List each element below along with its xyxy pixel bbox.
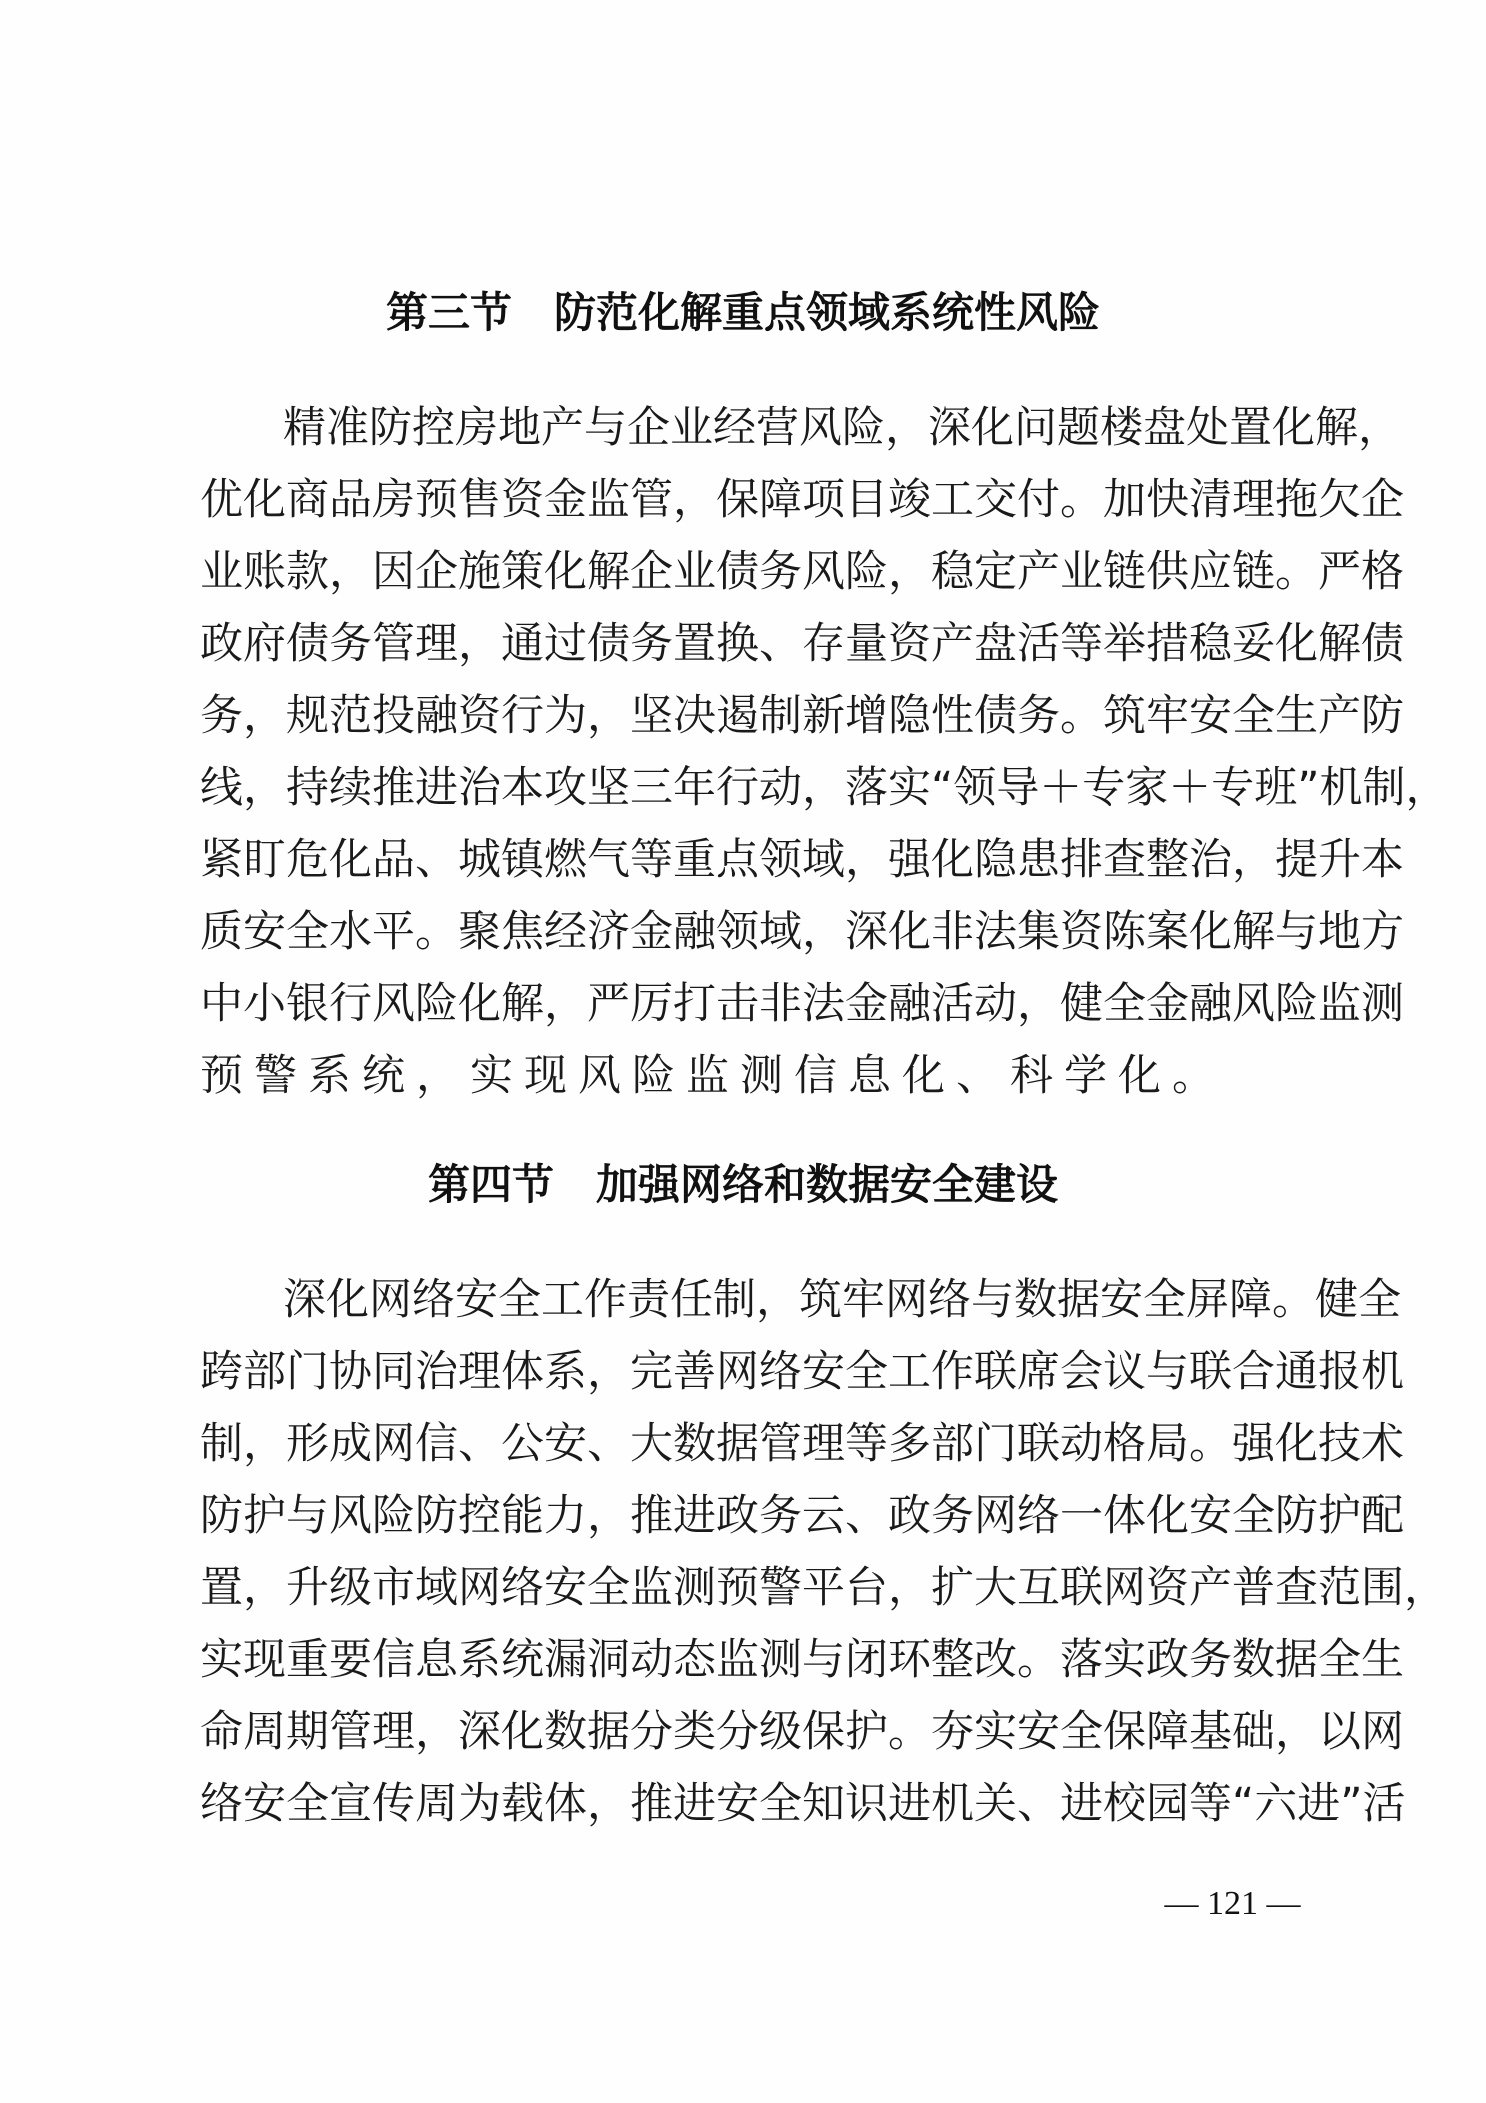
- paragraph-line: 跨部门协同治理体系，完善网络安全工作联席会议与联合通报机: [200, 1342, 1312, 1402]
- paragraph-line: 深化网络安全工作责任制，筑牢网络与数据安全屏障。健全: [283, 1270, 1312, 1330]
- paragraph-line: 精准防控房地产与企业经营风险，深化问题楼盘处置化解，: [283, 398, 1312, 458]
- document-page: 第三节 防范化解重点领域系统性风险 精准防控房地产与企业经营风险，深化问题楼盘处…: [0, 0, 1486, 2103]
- paragraph-line: 线，持续推进治本攻坚三年行动，落实“领导＋专家＋专班”机制，: [200, 758, 1312, 818]
- paragraph-line: 防护与风险防控能力，推进政务云、政务网络一体化安全防护配: [200, 1486, 1312, 1546]
- section-heading-3: 第三节 防范化解重点领域系统性风险: [0, 285, 1486, 341]
- paragraph-line: 络安全宣传周为载体，推进安全知识进机关、进校园等“六进”活: [200, 1774, 1312, 1834]
- paragraph-line: 置，升级市域网络安全监测预警平台，扩大互联网资产普查范围，: [200, 1558, 1312, 1618]
- section-heading-4: 第四节 加强网络和数据安全建设: [0, 1157, 1486, 1213]
- paragraph-line-last: 预警系统，实现风险监测信息化、科学化。: [200, 1046, 1312, 1106]
- paragraph-line: 命周期管理，深化数据分类分级保护。夯实安全保障基础，以网: [200, 1702, 1312, 1762]
- paragraph-line: 质安全水平。聚焦经济金融领域，深化非法集资陈案化解与地方: [200, 902, 1312, 962]
- page-number: — 121 —: [1150, 1880, 1315, 1928]
- paragraph-line: 紧盯危化品、城镇燃气等重点领域，强化隐患排查整治，提升本: [200, 830, 1312, 890]
- paragraph-line: 政府债务管理，通过债务置换、存量资产盘活等举措稳妥化解债: [200, 614, 1312, 674]
- paragraph-line: 制，形成网信、公安、大数据管理等多部门联动格局。强化技术: [200, 1414, 1312, 1474]
- paragraph-line: 优化商品房预售资金监管，保障项目竣工交付。加快清理拖欠企: [200, 470, 1312, 530]
- paragraph-line: 中小银行风险化解，严厉打击非法金融活动，健全金融风险监测: [200, 974, 1312, 1034]
- paragraph-line: 务，规范投融资行为，坚决遏制新增隐性债务。筑牢安全生产防: [200, 686, 1312, 746]
- paragraph-line: 实现重要信息系统漏洞动态监测与闭环整改。落实政务数据全生: [200, 1630, 1312, 1690]
- paragraph-line: 业账款，因企施策化解企业债务风险，稳定产业链供应链。严格: [200, 542, 1312, 602]
